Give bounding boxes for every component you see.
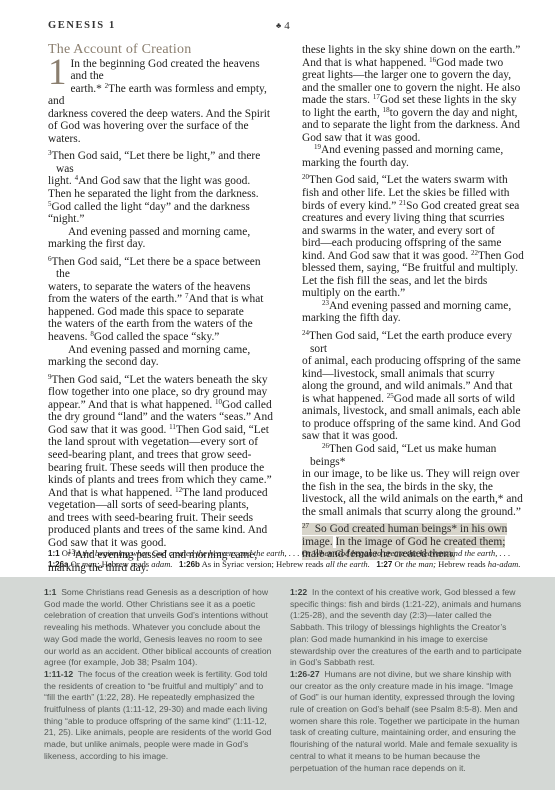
study-notes-panel: 1:1 Some Christians read Genesis as a de… xyxy=(0,577,555,790)
study-note: 1:26-27 Humans are not divine, but we sh… xyxy=(290,669,522,774)
study-notes-left-column: 1:1 Some Christians read Genesis as a de… xyxy=(44,587,276,763)
page-header: GENESIS 1 ♣4 xyxy=(48,20,518,36)
study-note: 1:22 In the context of his creative work… xyxy=(290,587,522,669)
verse-paragraph-15-cont: these lights in the sky shine down on th… xyxy=(302,44,524,169)
footnote-line-2: 1:26a Or man; Hebrew reads adam. 1:26b A… xyxy=(48,559,528,570)
study-note: 1:11-12 The focus of the creation week i… xyxy=(44,669,276,763)
chapter-dropcap: 1 xyxy=(48,59,67,87)
verse-paragraph-3: 3Then God said, “Let there be light,” an… xyxy=(48,150,276,250)
verse-paragraph-1: 1 In the beginning God created the heave… xyxy=(48,58,276,146)
verse-paragraph-9: 9Then God said, “Let the waters beneath … xyxy=(48,374,276,575)
study-notes-right-column: 1:22 In the context of his creative work… xyxy=(290,587,522,774)
section-title: The Account of Creation xyxy=(48,44,276,57)
translation-footnotes: 1:1 Or In the beginning when God created… xyxy=(48,548,528,570)
running-head: GENESIS 1 xyxy=(48,20,116,31)
page-number: 4 xyxy=(284,20,290,32)
bible-text-left-column: The Account of Creation 1 In the beginni… xyxy=(48,44,276,622)
fleur-ornament-icon: ♣ xyxy=(276,21,281,30)
verse-paragraph-24: 24Then God said, “Let the earth produce … xyxy=(302,330,524,518)
verse-paragraph-20: 20Then God said, “Let the waters swarm w… xyxy=(302,174,524,325)
page-number-block: ♣4 xyxy=(276,20,290,32)
study-note: 1:1 Some Christians read Genesis as a de… xyxy=(44,587,276,669)
verse-paragraph-6: 6Then God said, “Let there be a space be… xyxy=(48,256,276,369)
footnote-line-1: 1:1 Or In the beginning when God created… xyxy=(48,548,528,559)
bible-text-right-column: these lights in the sky shine down on th… xyxy=(302,44,524,561)
